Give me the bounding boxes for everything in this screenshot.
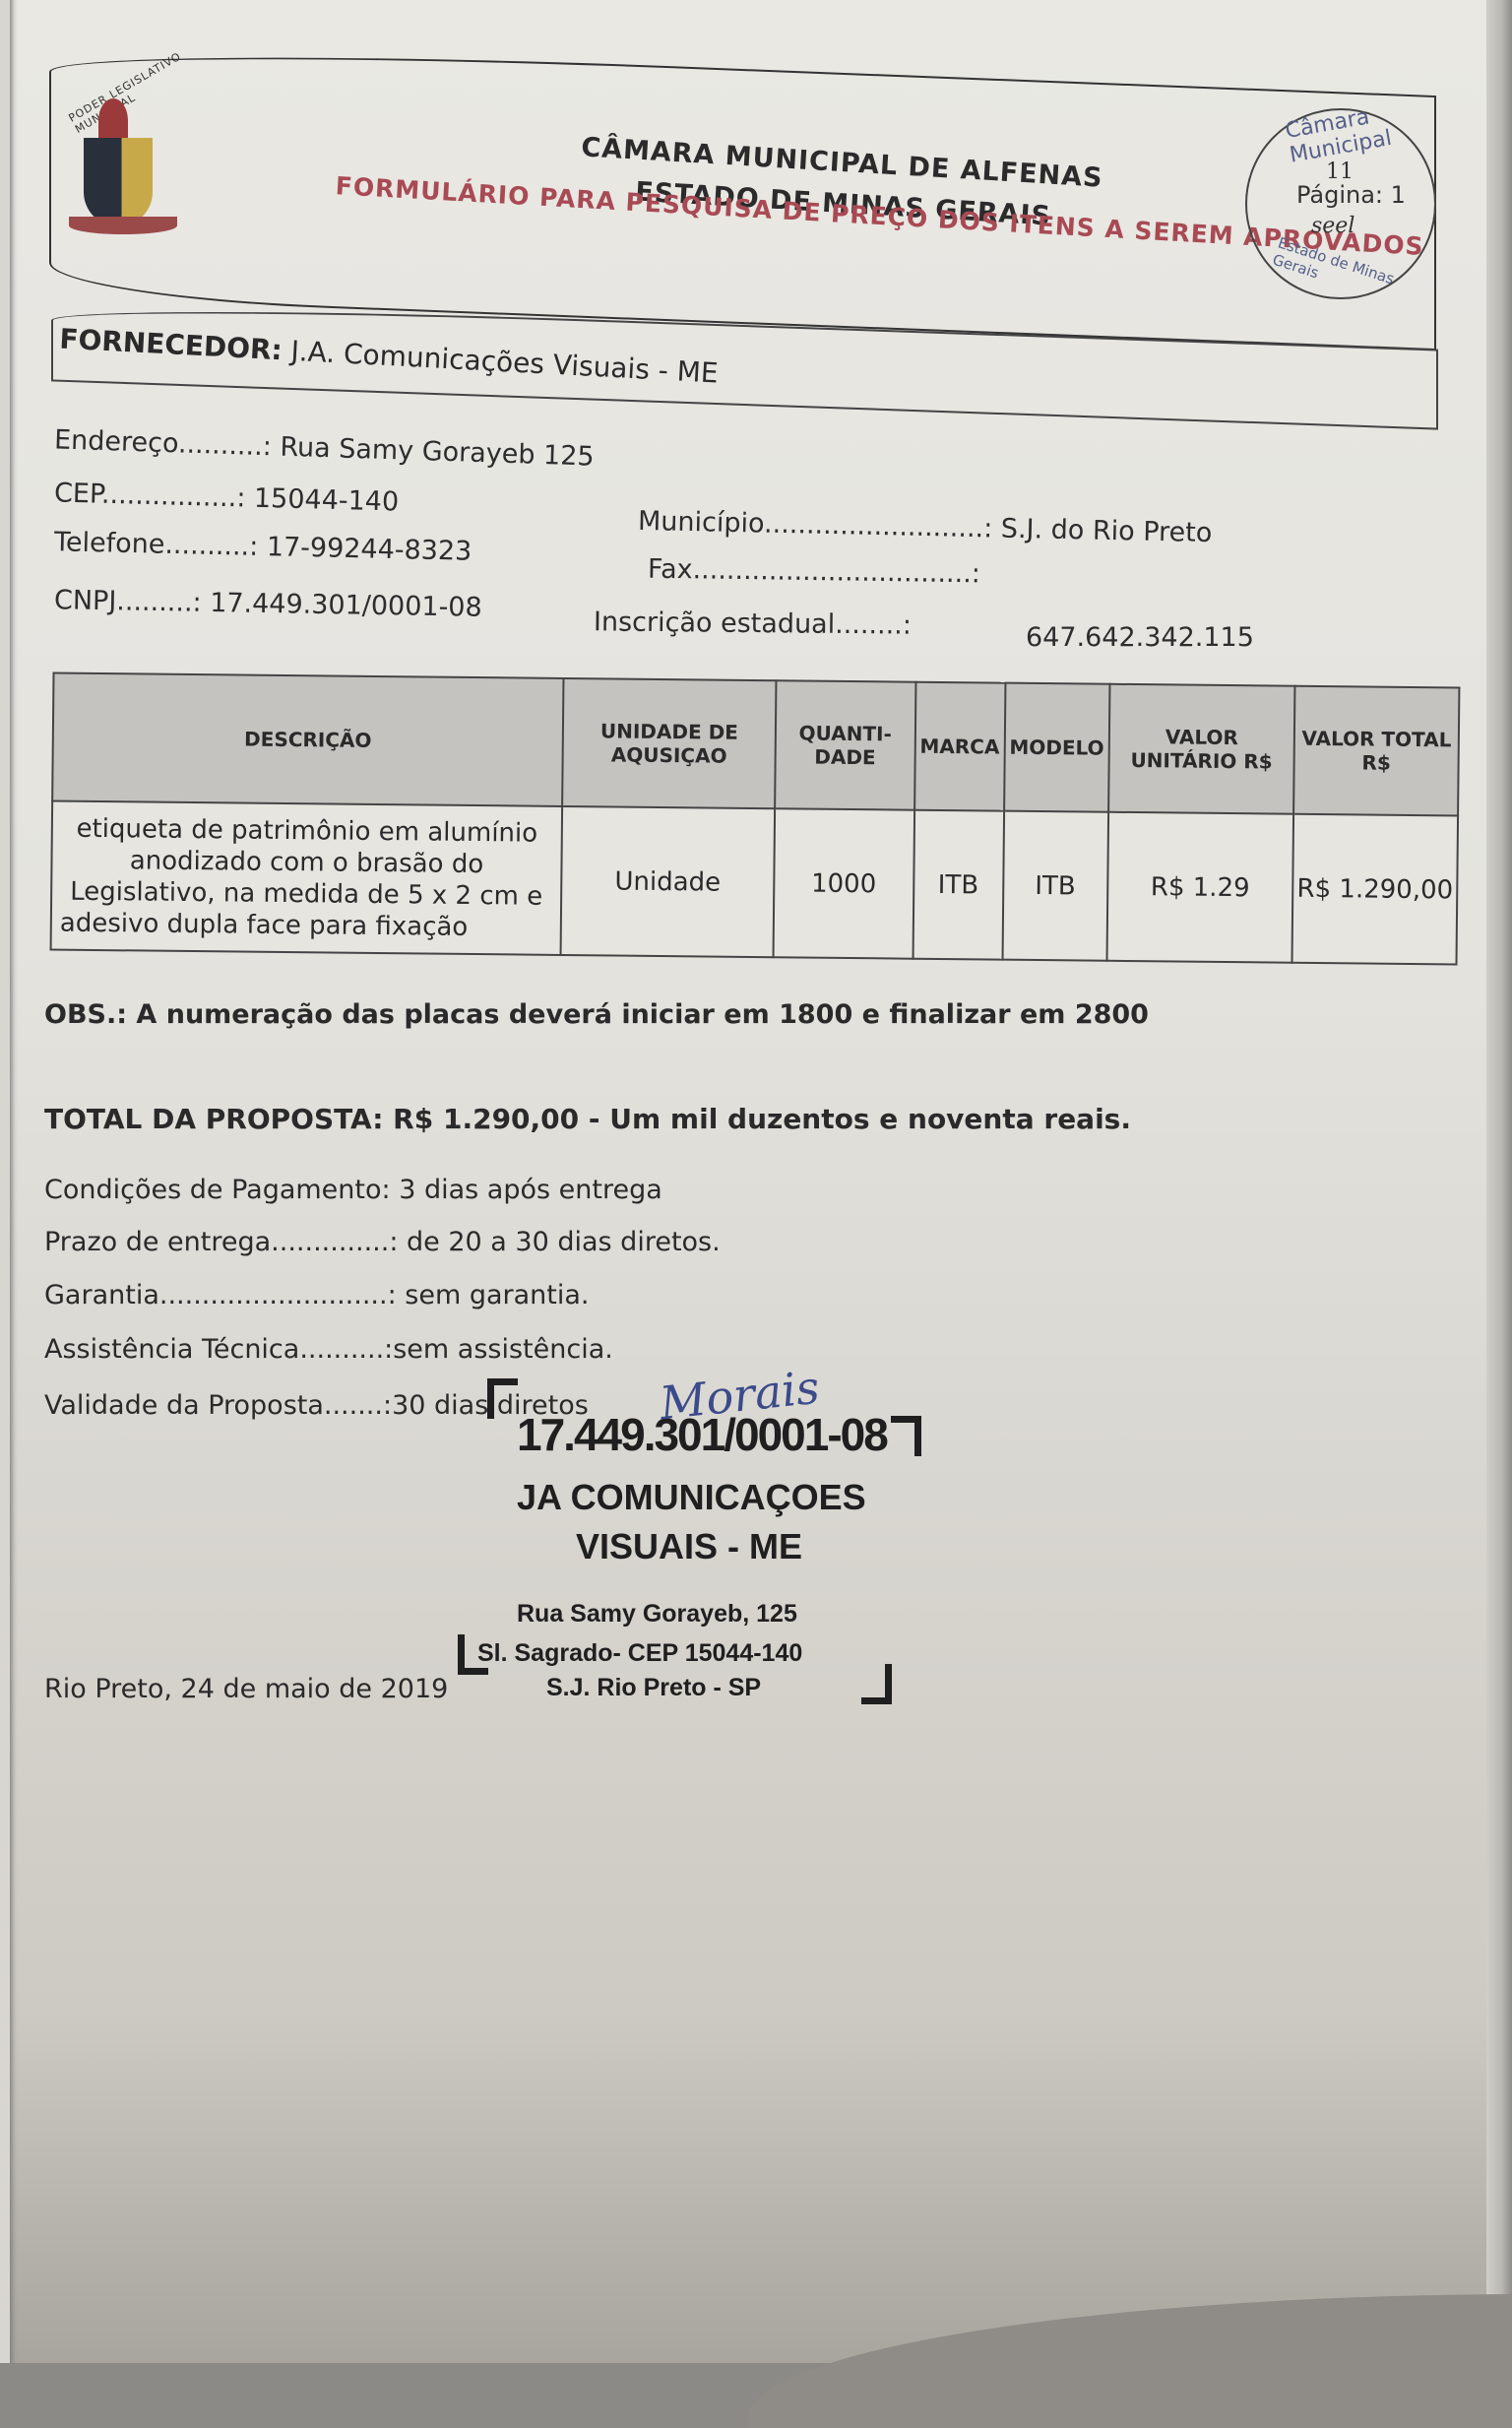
stamp-address-3: S.J. Rio Preto - SP — [546, 1674, 761, 1702]
warranty: Garantia...........................: sem… — [44, 1280, 590, 1310]
col-marca: MARCA — [914, 682, 1005, 811]
stamp-company-name-2: VISUAIS - ME — [576, 1526, 802, 1567]
stamp-address-2: Sl. Sagrado- CEP 15044-140 — [477, 1639, 802, 1668]
cell-unidade: Unidade — [561, 806, 776, 957]
items-table: DESCRIÇÃO UNIDADE DE AQUSIÇAO QUANTI-DAD… — [50, 672, 1461, 966]
col-valor-unitario: VALOR UNITÁRIO R$ — [1108, 684, 1295, 814]
ribbon-icon — [69, 217, 177, 234]
col-modelo: MODELO — [1004, 683, 1110, 812]
field-fax: Fax.................................: — [648, 554, 980, 590]
proposal-total: TOTAL DA PROPOSTA: R$ 1.290,00 - Um mil … — [44, 1103, 1131, 1135]
cell-valor-unitario: R$ 1.29 — [1106, 812, 1293, 963]
field-inscricao-value: 647.642.342.115 — [1026, 622, 1254, 653]
table-header-row: DESCRIÇÃO UNIDADE DE AQUSIÇAO QUANTI-DAD… — [52, 673, 1459, 816]
field-telefone: Telefone..........: 17-99244-8323 — [54, 527, 472, 567]
cell-marca: ITB — [913, 810, 1004, 960]
coat-of-arms-logo: PODER LEGISLATIVO MUNICIPAL — [69, 98, 197, 246]
document-page: PODER LEGISLATIVO MUNICIPAL CÂMARA MUNIC… — [0, 0, 1496, 2363]
cell-valor-total: R$ 1.290,00 — [1292, 814, 1458, 965]
stamp-address-1: Rua Samy Gorayeb, 125 — [517, 1600, 797, 1629]
helmet-icon — [98, 98, 128, 143]
stamp-initials: seel — [1311, 214, 1354, 238]
cell-modelo: ITB — [1002, 811, 1108, 961]
col-descricao: DESCRIÇÃO — [52, 673, 563, 806]
field-cnpj: CNPJ.........: 17.449.301/0001-08 — [54, 585, 482, 623]
page-stamp: Câmara Municipal 11 Página: 1 seel Estad… — [1245, 108, 1436, 299]
stacked-pages-edge — [1486, 0, 1512, 2428]
stamp-corner-icon — [861, 1664, 892, 1704]
cell-descricao: etiqueta de patrimônio em alumínio anodi… — [51, 801, 563, 955]
technical-assistance: Assistência Técnica..........:sem assist… — [44, 1334, 613, 1365]
field-municipio: Município..........................: S.J… — [638, 506, 1213, 548]
field-endereco: Endereço..........: Rua Samy Gorayeb 125 — [54, 424, 595, 472]
col-unidade: UNIDADE DE AQUSIÇAO — [562, 678, 776, 808]
field-cep: CEP................: 15044-140 — [54, 478, 400, 517]
stamp-page-label: Página: 1 — [1296, 181, 1406, 209]
date-line: Rio Preto, 24 de maio de 2019 — [44, 1674, 448, 1704]
payment-conditions: Condições de Pagamento: 3 dias após entr… — [44, 1175, 662, 1205]
stamp-corner-icon — [891, 1416, 921, 1456]
delivery-term: Prazo de entrega..............: de 20 a … — [44, 1227, 721, 1257]
stamp-company-name: JA COMUNICAÇOES — [517, 1477, 866, 1518]
field-inscricao-label: Inscrição estadual........: — [594, 607, 912, 640]
observation: OBS.: A numeração das placas deverá inic… — [44, 999, 1149, 1030]
shield-icon — [84, 138, 153, 226]
table-row: etiqueta de patrimônio em alumínio anodi… — [51, 801, 1459, 965]
col-quantidade: QUANTI-DADE — [775, 680, 915, 809]
col-valor-total: VALOR TOTAL R$ — [1293, 686, 1459, 816]
stamp-corner-icon — [487, 1378, 518, 1419]
cell-quantidade: 1000 — [774, 808, 914, 958]
